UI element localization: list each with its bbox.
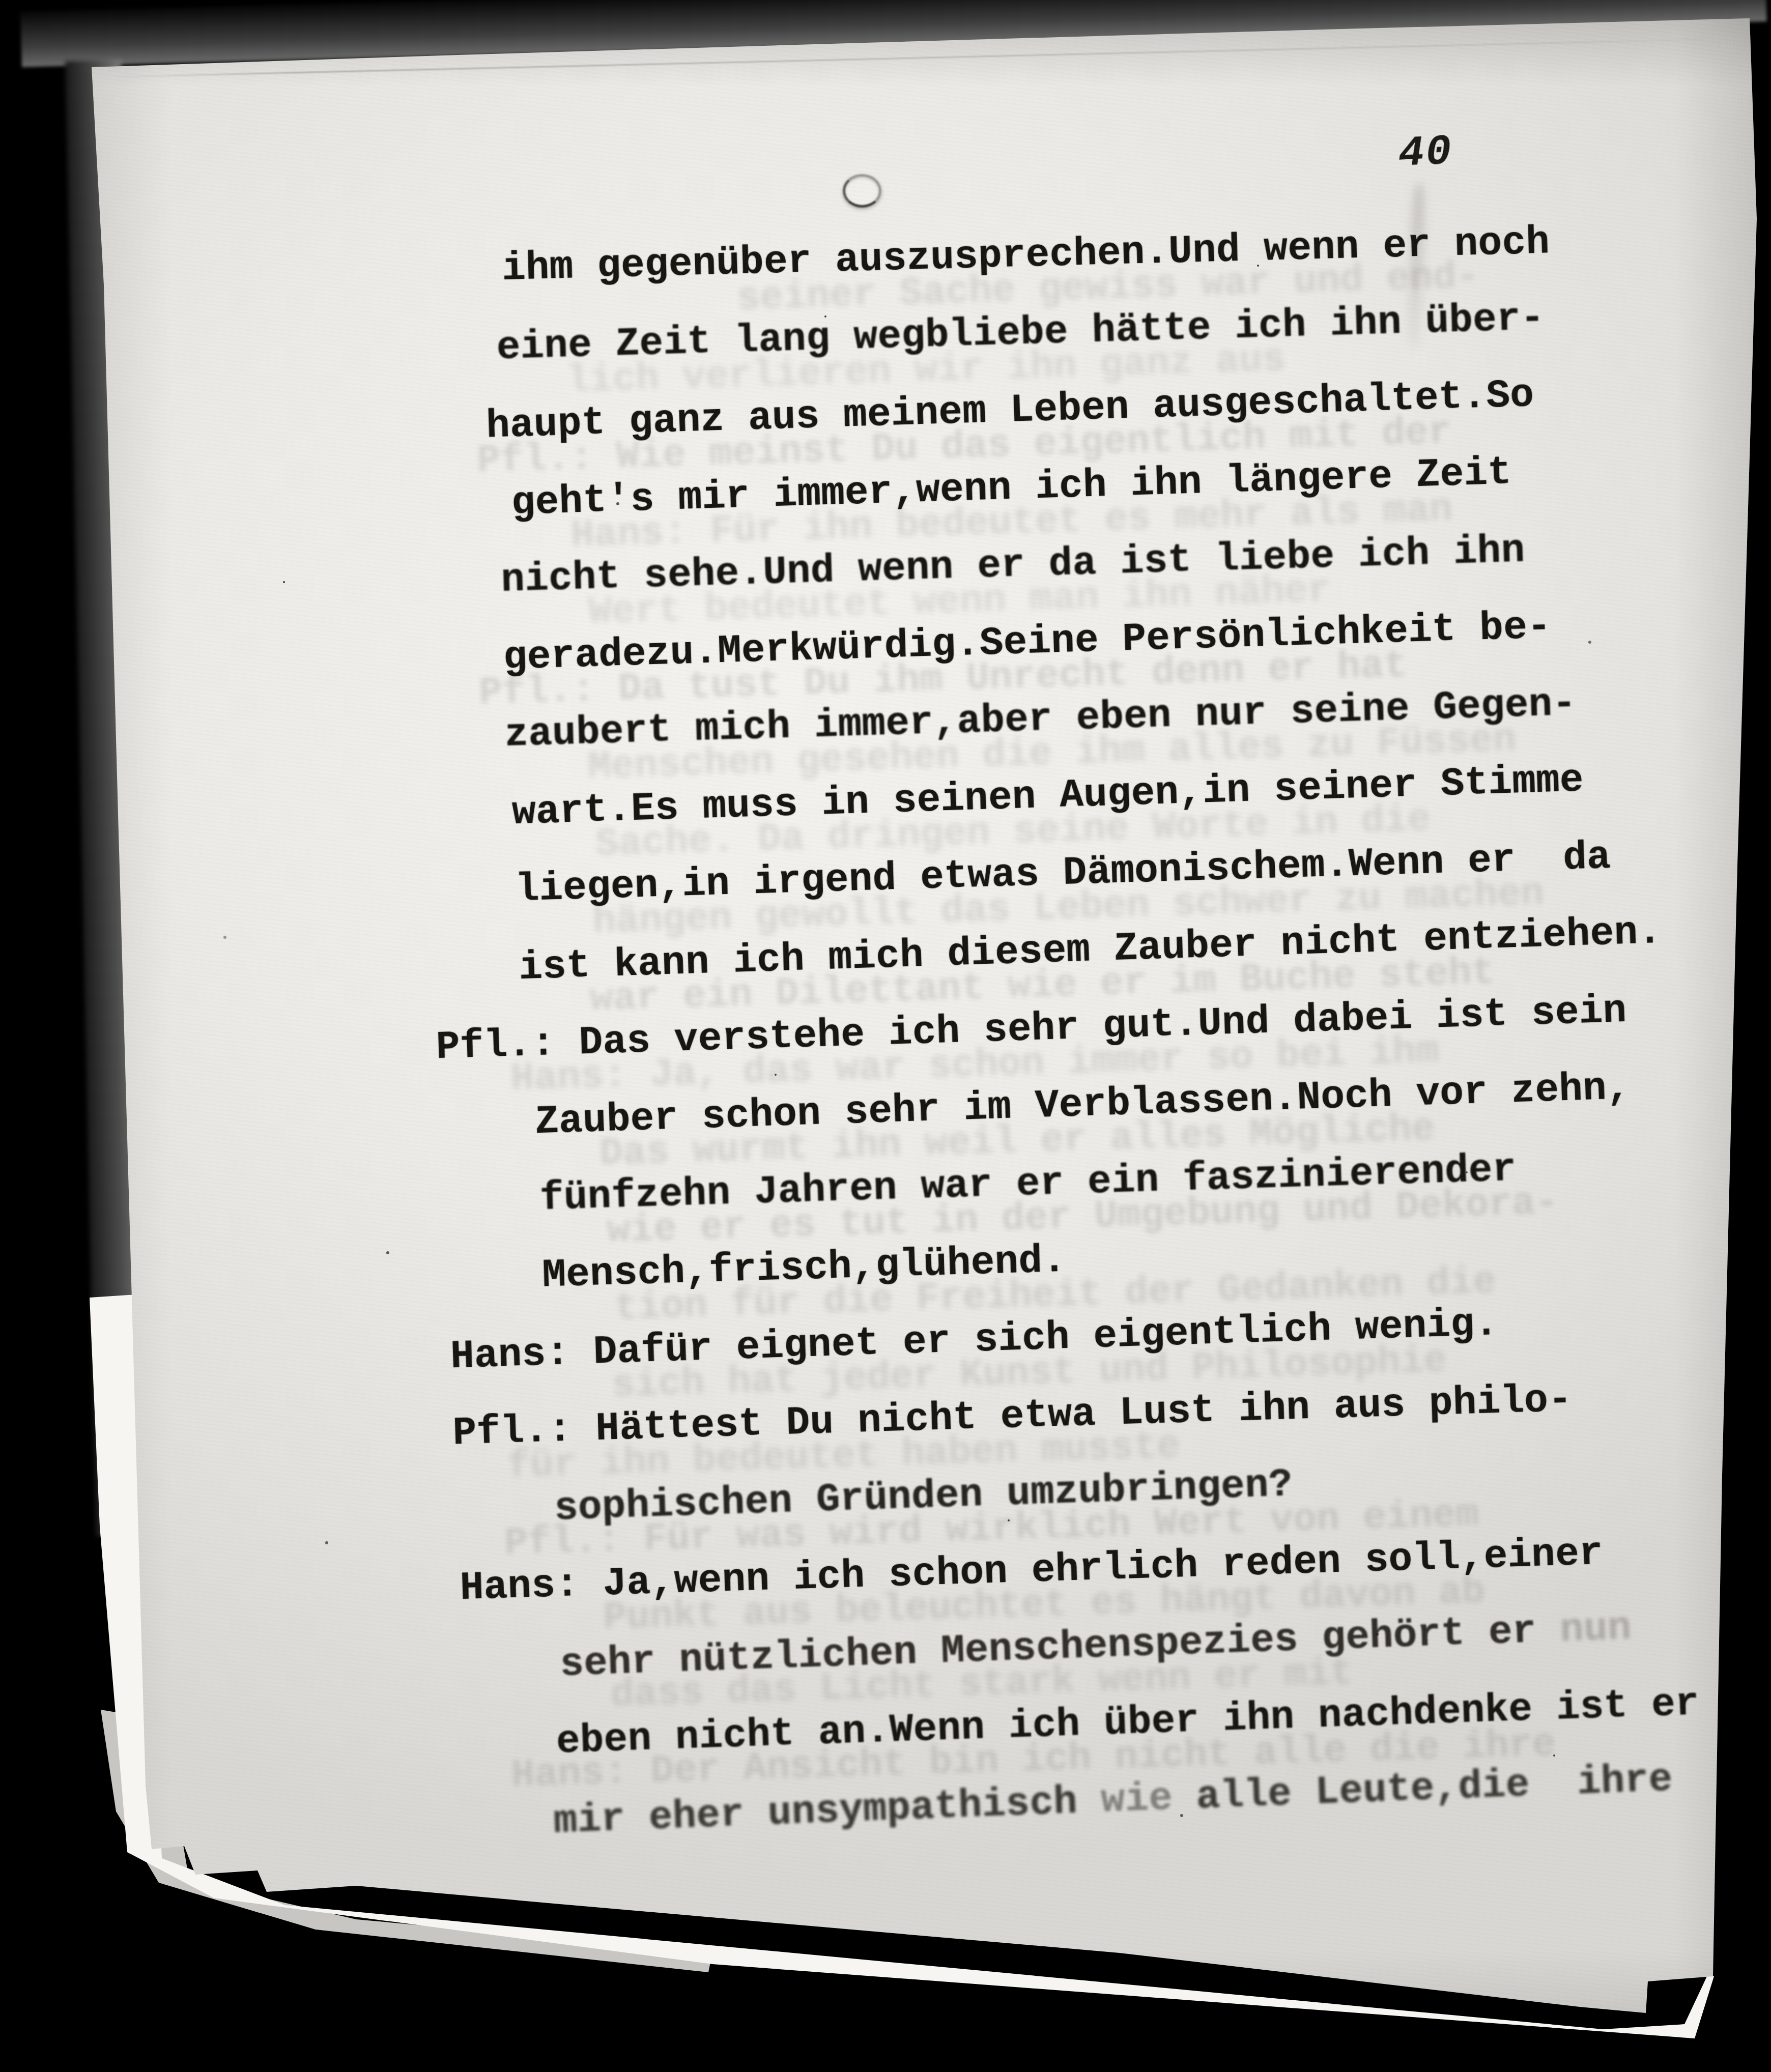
typed-line: zaubert mich immer,aber eben nur seine G… bbox=[504, 682, 1577, 758]
typed-line: ihm gegenüber auszusprechen.Und wenn er … bbox=[501, 220, 1550, 292]
typed-text: Pfl.: Hättest Du nicht etwa Lust ihn aus… bbox=[452, 1377, 1573, 1456]
typed-line: Pfl.: Hättest Du nicht etwa Lust ihn aus… bbox=[452, 1377, 1573, 1456]
typed-text: wart.Es muss in seinen Augen,in seiner S… bbox=[511, 758, 1584, 836]
typed-text: ist kann ich mich diesem Zauber nicht en… bbox=[518, 910, 1662, 991]
typed-text: nun bbox=[1559, 1606, 1632, 1653]
typed-text: wie bbox=[1100, 1776, 1174, 1823]
page-number: 40 bbox=[1397, 128, 1454, 179]
typed-text-block: ihm gegenüber auszusprechen.Und wenn er … bbox=[410, 212, 1771, 1910]
hole-punch bbox=[843, 174, 881, 208]
typed-text: haupt ganz aus meinem Leben ausgeschalte… bbox=[485, 373, 1534, 449]
typed-text: ihm gegenüber auszusprechen.Und wenn er … bbox=[501, 220, 1550, 292]
typed-line: eben nicht an.Wenn ich über ihn nachdenk… bbox=[556, 1681, 1700, 1764]
typed-line: nicht sehe.Und wenn er da ist liebe ich … bbox=[500, 528, 1525, 603]
typed-text: zaubert mich immer,aber eben nur seine G… bbox=[504, 682, 1577, 758]
typed-text: Hans: Ja,wenn ich schon ehrlich reden so… bbox=[460, 1531, 1604, 1611]
typed-text: Zauber schon sehr im Verblassen.Noch vor… bbox=[534, 1066, 1631, 1145]
typed-text: fünfzehn Jahren war er ein faszinierende… bbox=[539, 1147, 1517, 1222]
typed-text: Pfl.: Das verstehe ich sehr gut.Und dabe… bbox=[436, 989, 1627, 1070]
typed-line: eine Zeit lang wegbliebe hätte ich ihn ü… bbox=[496, 296, 1545, 370]
typed-line: sophischen Gründen umzubringen? bbox=[554, 1462, 1293, 1531]
typed-line: fünfzehn Jahren war er ein faszinierende… bbox=[539, 1147, 1517, 1222]
typed-text: alle Leute,die ihre bbox=[1172, 1757, 1673, 1821]
dust-specks bbox=[283, 581, 285, 583]
typed-line: Hans: Ja,wenn ich schon ehrlich reden so… bbox=[460, 1531, 1604, 1611]
typed-line: ist kann ich mich diesem Zauber nicht en… bbox=[518, 910, 1662, 991]
typed-text: sophischen Gründen umzubringen? bbox=[554, 1462, 1293, 1531]
typed-line: geht's mir immer,wenn ich ihn längere Ze… bbox=[511, 450, 1512, 526]
typed-line: Mensch,frisch,glühend. bbox=[541, 1239, 1067, 1299]
typed-line: wart.Es muss in seinen Augen,in seiner S… bbox=[511, 758, 1584, 836]
typed-line: Hans: Dafür eignet er sich eigentlich we… bbox=[450, 1302, 1499, 1379]
typed-text: sehr nützlichen Menschenspezies gehört e… bbox=[559, 1608, 1561, 1687]
typed-line: mir eher unsympathisch wie alle Leute,di… bbox=[553, 1757, 1673, 1844]
typed-line: sehr nützlichen Menschenspezies gehört e… bbox=[559, 1606, 1632, 1687]
typed-text: Hans: Dafür eignet er sich eigentlich we… bbox=[450, 1302, 1499, 1379]
typed-line: Pfl.: Das verstehe ich sehr gut.Und dabe… bbox=[436, 989, 1627, 1070]
typed-text: liegen,in irgend etwas Dämonischem.Wenn … bbox=[515, 835, 1611, 913]
typed-line: geradezu.Merkwürdig.Seine Persönlichkeit… bbox=[503, 605, 1552, 681]
typed-text: eine Zeit lang wegbliebe hätte ich ihn ü… bbox=[496, 296, 1545, 370]
scan-canvas: { "document": { "kind": "scanned typewri… bbox=[0, 0, 1771, 2072]
typed-text: geht's mir immer,wenn ich ihn längere Ze… bbox=[511, 450, 1512, 526]
typed-text: Mensch,frisch,glühend. bbox=[541, 1239, 1067, 1299]
typed-line: Zauber schon sehr im Verblassen.Noch vor… bbox=[534, 1066, 1631, 1145]
typed-text: nicht sehe.Und wenn er da ist liebe ich … bbox=[500, 528, 1525, 603]
typed-text: eben nicht an.Wenn ich über ihn nachdenk… bbox=[556, 1681, 1700, 1764]
page: 40 seiner Sache gewiss war und end-lich … bbox=[0, 0, 1771, 2072]
typed-line: liegen,in irgend etwas Dämonischem.Wenn … bbox=[515, 835, 1611, 913]
typed-text: geradezu.Merkwürdig.Seine Persönlichkeit… bbox=[503, 605, 1552, 681]
typed-text: mir eher unsympathisch bbox=[553, 1779, 1102, 1845]
typed-line: haupt ganz aus meinem Leben ausgeschalte… bbox=[485, 373, 1534, 449]
